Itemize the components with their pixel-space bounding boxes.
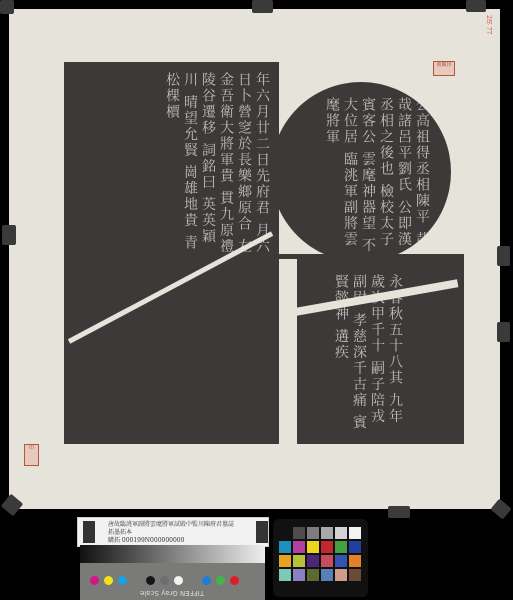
color-dot-m bbox=[90, 576, 99, 585]
tape-top-right bbox=[466, 0, 486, 12]
label-tab-right bbox=[256, 521, 268, 543]
stone-fragment-left: 年六月廿二日先府君 月六日卜營窆於長樂鄉原合 左金吾衛大將軍貴 貫九原禮陵谷遷移… bbox=[64, 62, 279, 262]
color-swatch bbox=[307, 527, 319, 539]
color-swatch bbox=[335, 527, 347, 539]
color-swatch bbox=[321, 555, 333, 567]
color-checker bbox=[273, 519, 368, 597]
color-swatch bbox=[293, 541, 305, 553]
color-swatch bbox=[321, 527, 333, 539]
tape-bottom-center bbox=[388, 506, 410, 518]
color-swatch bbox=[349, 527, 361, 539]
gray-gradient bbox=[80, 545, 265, 563]
color-swatch bbox=[335, 569, 347, 581]
label-tab-left bbox=[83, 521, 95, 543]
inscription-left: 年六月廿二日先府君 月六日卜營窆於長樂鄉原合 左金吾衛大將軍貴 貫九原禮陵谷遷移… bbox=[163, 72, 271, 257]
color-swatch bbox=[349, 569, 361, 581]
gray-scale-target: TIFFEN Gray Scale bbox=[80, 545, 265, 600]
color-dot-b bbox=[202, 576, 211, 585]
tape-right-1 bbox=[497, 246, 510, 266]
collection-seal-bottom-left: 印 bbox=[24, 444, 39, 466]
color-swatch bbox=[349, 555, 361, 567]
stone-fragment-circle: 公高祖得丞相陳平 哉哉諸呂平劉氏 公即漢丞相之後也 檢校太子賓客公 雲麾神器望 … bbox=[271, 82, 451, 262]
color-swatch bbox=[335, 541, 347, 553]
color-swatch bbox=[279, 541, 291, 553]
color-dot-w bbox=[174, 576, 183, 585]
color-swatch bbox=[293, 569, 305, 581]
catalog-subtitle: 拓墨拓本 bbox=[108, 529, 234, 537]
color-swatch bbox=[293, 527, 305, 539]
gray-scale-brand: TIFFEN Gray Scale bbox=[140, 589, 204, 597]
color-swatch bbox=[279, 569, 291, 581]
catalog-title: 唐故臨洮軍副將雲麾將軍試殿中監川陳府君墓誌 bbox=[108, 521, 234, 529]
color-dot-g bbox=[216, 576, 225, 585]
color-swatch bbox=[335, 555, 347, 567]
color-dot-c bbox=[118, 576, 127, 585]
color-checker-grid bbox=[279, 527, 361, 581]
crack-vertical bbox=[279, 259, 297, 444]
color-dots bbox=[90, 576, 239, 585]
color-dot-k bbox=[146, 576, 155, 585]
catalog-number: 購拓 000199N000000000 bbox=[108, 537, 234, 545]
color-swatch bbox=[321, 569, 333, 581]
color-dot-r bbox=[230, 576, 239, 585]
stone-fragment-bottom: 永春秋五十八其 九年歲次甲千十 嗣子陪戎副尉 孝慈深千古痛 賓賢懿神 遘疾 bbox=[64, 254, 464, 444]
rubbing-paper: 年六月廿二日先府君 月六日卜營窆於長樂鄉原合 左金吾衛大將軍貴 貫九原禮陵谷遷移… bbox=[9, 9, 500, 509]
color-swatch bbox=[293, 555, 305, 567]
color-swatch bbox=[307, 569, 319, 581]
tape-top-left bbox=[0, 0, 14, 14]
color-swatch bbox=[279, 527, 291, 539]
tape-left bbox=[2, 225, 16, 245]
catalog-text: 唐故臨洮軍副將雲麾將軍試殿中監川陳府君墓誌 拓墨拓本 購拓 000199N000… bbox=[108, 521, 234, 545]
archive-mark: 2項 77 bbox=[484, 15, 493, 34]
color-swatch bbox=[279, 555, 291, 567]
tape-top-center bbox=[252, 0, 273, 13]
collection-seal-top-right: 收藏印 bbox=[433, 61, 455, 76]
inscription-circle: 公高祖得丞相陳平 哉哉諸呂平劉氏 公即漢丞相之後也 檢校太子賓客公 雲麾神器望 … bbox=[323, 97, 431, 257]
tape-right-2 bbox=[497, 322, 510, 342]
color-swatch bbox=[307, 555, 319, 567]
color-swatch bbox=[321, 541, 333, 553]
color-swatch bbox=[307, 541, 319, 553]
color-dot-y bbox=[104, 576, 113, 585]
color-swatch bbox=[349, 541, 361, 553]
catalog-label: 唐故臨洮軍副將雲麾將軍試殿中監川陳府君墓誌 拓墨拓本 購拓 000199N000… bbox=[77, 517, 269, 547]
color-dot-g bbox=[160, 576, 169, 585]
